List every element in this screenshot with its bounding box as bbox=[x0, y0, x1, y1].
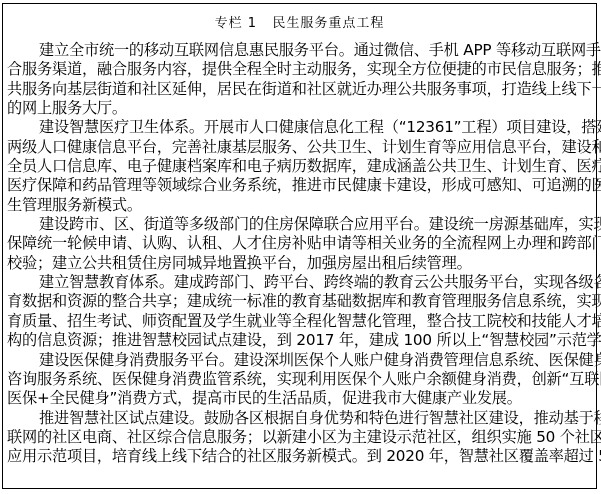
text-line: 建设智慧医疗卫生体系。开展市人口健康信息化工程（“12361”工程）项目建设，搭… bbox=[7, 118, 597, 137]
paragraph-insurance-fitness: 建设医保健身消费服务平台。建设深圳医保个人账户健身消费管理信息系统、医保健身消费… bbox=[7, 351, 597, 409]
text-line: 合服务渠道，融合服务内容，提供全程全时主动服务，实现全方位便捷的市民信息服务；推… bbox=[7, 60, 597, 79]
text-line: 建设跨市、区、街道等多级部门的住房保障联合应用平台。建设统一房源基础库，实现住房 bbox=[7, 215, 597, 234]
text-line: 医保+全民健身”消费方式，提高市民的生活品质，促进我市大健康产业发展。 bbox=[7, 389, 597, 408]
text-line: 应用示范项目，培育线上线下结合的社区服务新模式。到 2020 年，智慧社区覆盖率… bbox=[7, 447, 597, 466]
paragraph-housing-security: 建设跨市、区、街道等多级部门的住房保障联合应用平台。建设统一房源基础库，实现住房… bbox=[7, 215, 597, 273]
feature-box: 专栏 1 民生服务重点工程 建立全市统一的移动互联网信息惠民服务平台。通过微信、… bbox=[2, 3, 597, 489]
paragraph-mobile-platform: 建立全市统一的移动互联网信息惠民服务平台。通过微信、手机 APP 等移动互联网手… bbox=[7, 41, 597, 118]
text-line: 联网的社区电商、社区综合信息服务；以新建小区为主建设示范社区，组织实施 50 个… bbox=[7, 428, 597, 447]
text-line: 建立全市统一的移动互联网信息惠民服务平台。通过微信、手机 APP 等移动互联网手… bbox=[7, 41, 597, 60]
text-line: 校验；建立公共租赁住房同城异地置换平台，加强房屋出租后续管理。 bbox=[7, 254, 597, 273]
text-line: 育质量、招生考试、师资配置及学生就业等全程化智慧化管理，整合技工院校和技能人才培… bbox=[7, 312, 597, 331]
text-line: 构的信息资源；推进智慧校园试点建设，到 2017 年，建成 100 所以上“智慧… bbox=[7, 331, 597, 350]
box-content: 建立全市统一的移动互联网信息惠民服务平台。通过微信、手机 APP 等移动互联网手… bbox=[7, 41, 597, 467]
text-line: 推进智慧社区试点建设。鼓励各区根据自身优势和特色进行智慧社区建设，推动基于移动互 bbox=[7, 409, 597, 428]
text-line: 共服务向基层街道和社区延伸，居民在街道和社区就近办理公共服务事项，打造线上线下一… bbox=[7, 80, 597, 99]
text-line: 医疗保障和药品管理等领域综合业务系统，推进市民健康卡建设，形成可感知、可追溯的医… bbox=[7, 176, 597, 195]
text-line: 咨询服务系统、医保健身消费监管系统，实现利用医保个人账户余额健身消费，创新“互联… bbox=[7, 370, 597, 389]
box-title: 专栏 1 民生服务重点工程 bbox=[3, 16, 596, 32]
text-line: 建立智慧教育体系。建成跨部门、跨平台、跨终端的教育云公共服务平台，实现各级各类教 bbox=[7, 273, 597, 292]
text-line: 的网上服务大厅。 bbox=[7, 99, 597, 118]
paragraph-smart-community: 推进智慧社区试点建设。鼓励各区根据自身优势和特色进行智慧社区建设，推动基于移动互… bbox=[7, 409, 597, 467]
text-line: 建设医保健身消费服务平台。建设深圳医保个人账户健身消费管理信息系统、医保健身消费 bbox=[7, 351, 597, 370]
paragraph-smart-healthcare: 建设智慧医疗卫生体系。开展市人口健康信息化工程（“12361”工程）项目建设，搭… bbox=[7, 118, 597, 215]
text-line: 两级人口健康信息平台，完善社康基层服务、公共卫生、计划生育等应用信息平台，建设和… bbox=[7, 138, 597, 157]
text-line: 保障统一轮候申请、认购、认租、人才住房补贴申请等相关业务的全流程网上办理和跨部门… bbox=[7, 234, 597, 253]
text-line: 育数据和资源的整合共享；建成统一标准的教育基础数据库和教育管理服务信息系统，实现… bbox=[7, 292, 597, 311]
text-line: 全员人口信息库、电子健康档案库和电子病历数据库，建成涵盖公共卫生、计划生育、医疗… bbox=[7, 157, 597, 176]
text-line: 生管理服务新模式。 bbox=[7, 196, 597, 215]
paragraph-smart-education: 建立智慧教育体系。建成跨部门、跨平台、跨终端的教育云公共服务平台，实现各级各类教… bbox=[7, 273, 597, 350]
